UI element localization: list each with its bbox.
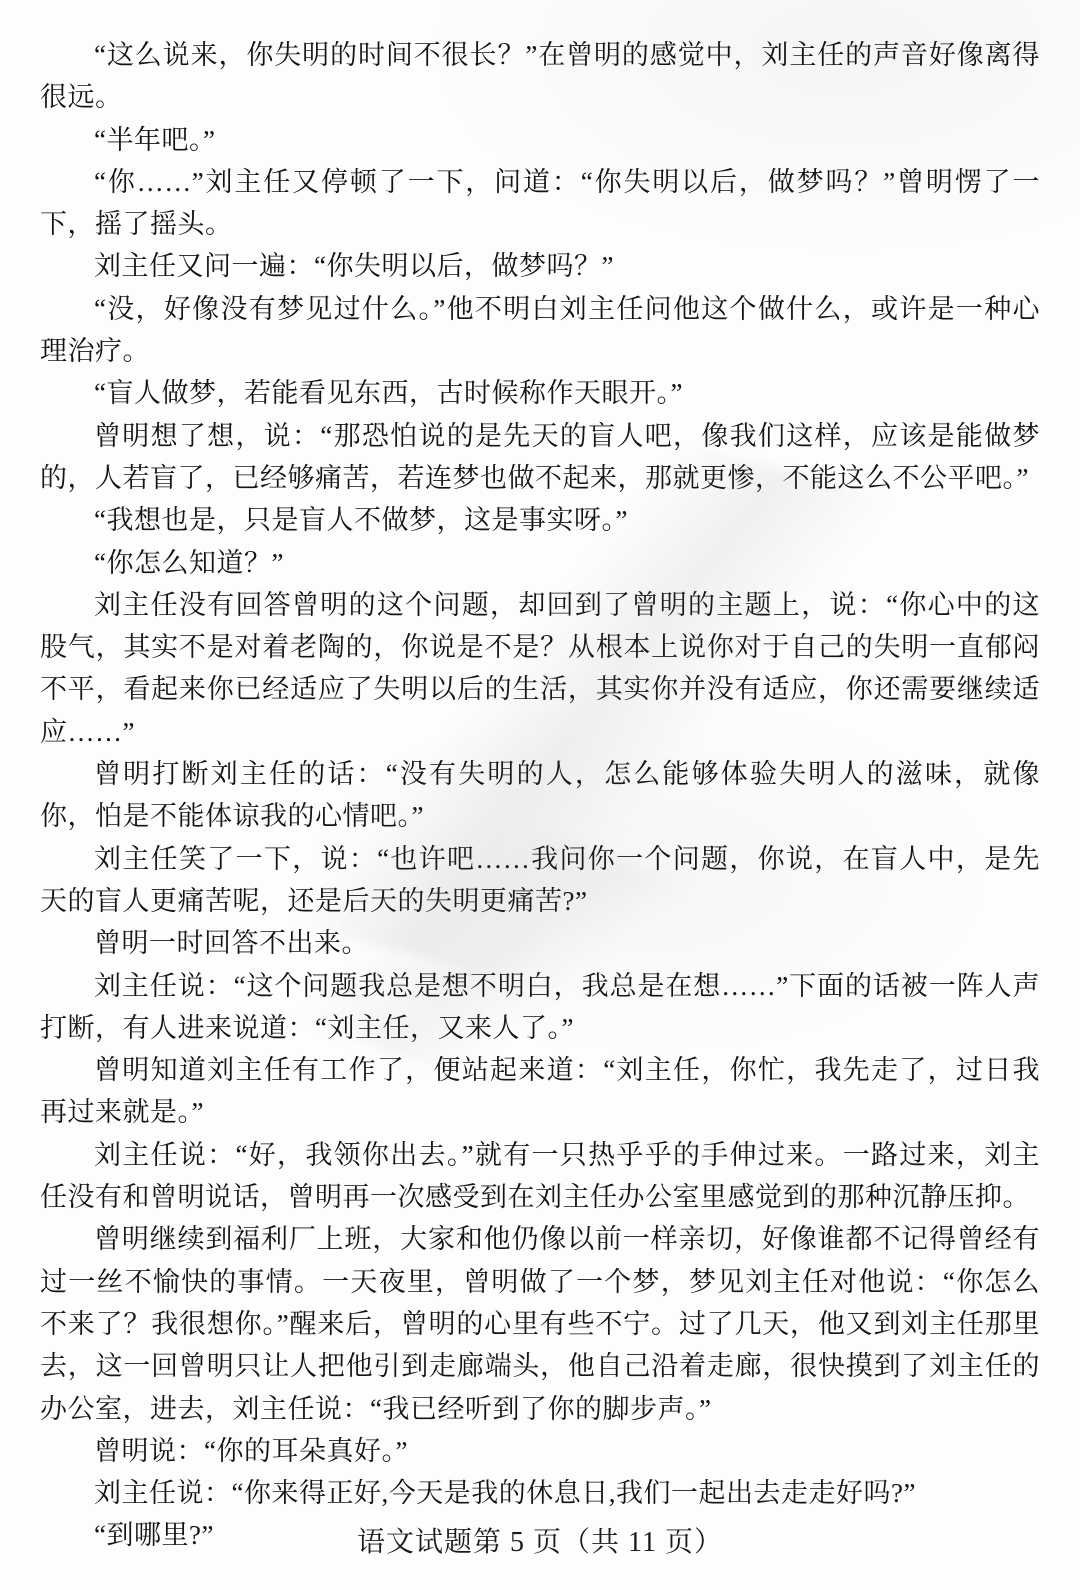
- paragraph: “你……”刘主任又停顿了一下，问道：“你失明以后，做梦吗？”曾明愣了一下，摇了摇…: [40, 161, 1040, 246]
- passage-text: “这么说来，你失明的时间不很长？”在曾明的感觉中，刘主任的声音好像离得很远。 “…: [40, 34, 1040, 1557]
- paragraph: 刘主任说：“你来得正好,今天是我的休息日,我们一起出去走走好吗?”: [40, 1472, 1040, 1514]
- paragraph: 刘主任没有回答曾明的这个问题，却回到了曾明的主题上，说：“你心中的这股气，其实不…: [40, 584, 1040, 753]
- paragraph: 刘主任说：“这个问题我总是想不明白，我总是在想……”下面的话被一阵人声打断，有人…: [40, 965, 1040, 1050]
- paragraph: 刘主任说：“好，我领你出去。”就有一只热乎乎的手伸过来。一路过来，刘主任没有和曾…: [40, 1134, 1040, 1219]
- paragraph: “我想也是，只是盲人不做梦，这是事实呀。”: [40, 499, 1040, 541]
- paragraph: “这么说来，你失明的时间不很长？”在曾明的感觉中，刘主任的声音好像离得很远。: [40, 34, 1040, 119]
- paragraph: “你怎么知道？”: [40, 542, 1040, 584]
- paragraph: “没，好像没有梦见过什么。”他不明白刘主任问他这个做什么，或许是一种心理治疗。: [40, 288, 1040, 373]
- paragraph: 刘主任笑了一下，说：“也许吧……我问你一个问题，你说，在盲人中，是先天的盲人更痛…: [40, 838, 1040, 923]
- page-footer: 语文试题第 5 页（共 11 页）: [0, 1520, 1080, 1560]
- paragraph: 曾明想了想，说：“那恐怕说的是先天的盲人吧，像我们这样，应该是能做梦的，人若盲了…: [40, 415, 1040, 500]
- paragraph: 曾明打断刘主任的话：“没有失明的人，怎么能够体验失明人的滋味，就像你，怕是不能体…: [40, 753, 1040, 838]
- paragraph: “半年吧。”: [40, 119, 1040, 161]
- paragraph: 刘主任又问一遍：“你失明以后，做梦吗？”: [40, 245, 1040, 287]
- paragraph: 曾明说：“你的耳朵真好。”: [40, 1430, 1040, 1472]
- exam-page: “这么说来，你失明的时间不很长？”在曾明的感觉中，刘主任的声音好像离得很远。 “…: [0, 0, 1080, 1590]
- paragraph: 曾明一时回答不出来。: [40, 922, 1040, 964]
- paragraph: 曾明知道刘主任有工作了，便站起来道：“刘主任，你忙，我先走了，过日我再过来就是。…: [40, 1049, 1040, 1134]
- paragraph: 曾明继续到福利厂上班，大家和他仍像以前一样亲切，好像谁都不记得曾经有过一丝不愉快…: [40, 1218, 1040, 1429]
- paragraph: “盲人做梦，若能看见东西，古时候称作天眼开。”: [40, 372, 1040, 414]
